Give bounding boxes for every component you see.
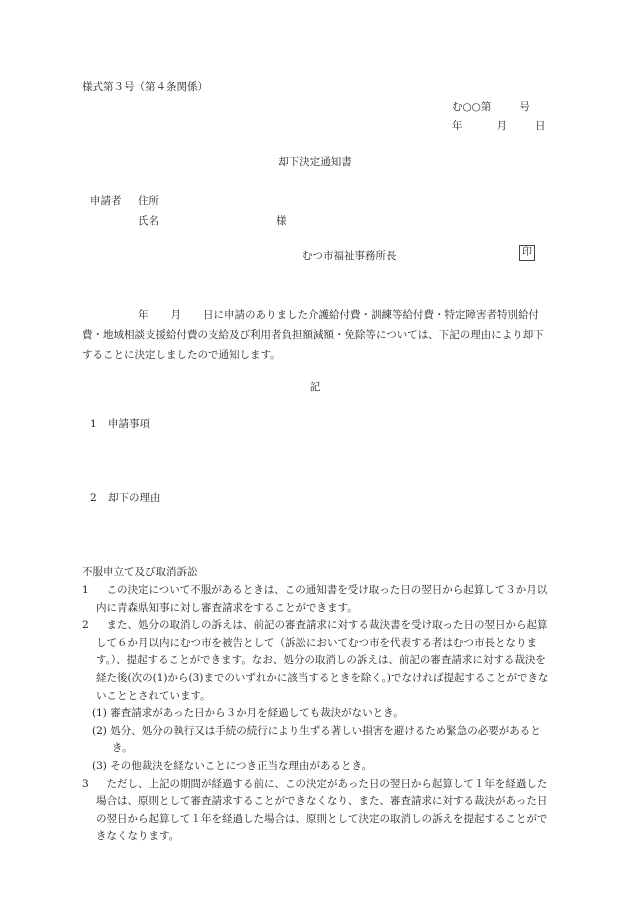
appeal-subparagraph: (2) 処分、処分の執行又は手続の続行により生ずる著しい損害を避けるため緊急の必…: [82, 723, 552, 758]
date-year: 年: [452, 120, 463, 132]
honorific: 様: [276, 214, 287, 228]
body-month: 月: [171, 309, 182, 321]
body-text: 日に申請のありました介護給付費・訓練等給付費・特定障害者特別給付費・地域相談支援…: [82, 309, 544, 361]
notice-body: 年月日に申請のありました介護給付費・訓練等給付費・特定障害者特別給付費・地域相談…: [82, 305, 552, 365]
appeal-paragraph: 3 ただし、上記の期間が経過する前に、この決定があった日の翌日から起算して１年を…: [82, 776, 552, 846]
appeal-paragraph: 1 この決定について不服があるときは、この通知書を受け取った日の翌日から起算して…: [82, 582, 552, 617]
item-label: 却下の理由: [108, 492, 161, 504]
doc-number-prefix: む○○第: [452, 101, 491, 113]
issue-date: 年月日: [452, 119, 546, 133]
item-number: 1: [90, 417, 108, 431]
ki-heading: 記: [0, 380, 630, 394]
appeal-subparagraph: (1) 審査請求があった日から３か月を経過しても裁決がないとき。: [82, 705, 552, 723]
appeal-section: 不服申立て及び取消訴訟 1 この決定について不服があるときは、この通知書を受け取…: [82, 565, 552, 846]
item-label: 申請事項: [108, 418, 150, 430]
seal-icon: 印: [519, 245, 535, 261]
applicant-label: 申請者: [90, 194, 122, 208]
issuer-name: むつ市福祉事務所長: [302, 249, 397, 263]
date-day: 日: [535, 120, 546, 132]
document-number: む○○第号: [452, 100, 530, 114]
document-title: 却下決定通知書: [0, 155, 630, 169]
appeal-subparagraph: (3) その他裁決を経ないことにつき正当な理由があるとき。: [82, 758, 552, 776]
item-rejection-reason: 2却下の理由: [90, 491, 161, 505]
name-label: 氏名: [138, 214, 159, 228]
form-number: 様式第３号（第４条関係）: [82, 80, 208, 94]
date-month: 月: [497, 120, 508, 132]
appeal-paragraph: 2 また、処分の取消しの訴えは、前記の審査請求に対する裁決書を受け取った日の翌日…: [82, 617, 552, 705]
item-number: 2: [90, 491, 108, 505]
appeal-heading: 不服申立て及び取消訴訟: [82, 565, 552, 582]
doc-number-suffix: 号: [519, 101, 530, 113]
item-application: 1申請事項: [90, 417, 150, 431]
address-label: 住所: [138, 194, 159, 208]
body-year: 年: [138, 309, 149, 321]
